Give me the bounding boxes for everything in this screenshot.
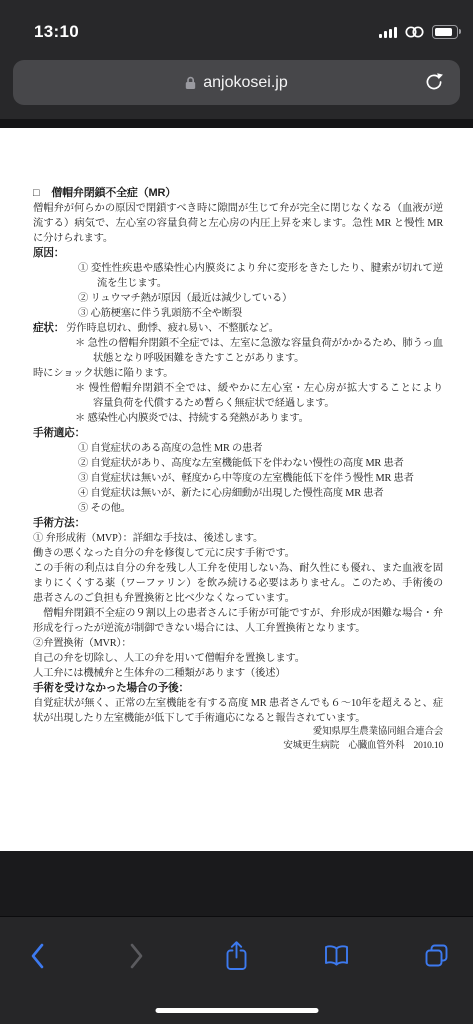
back-button[interactable] [15,934,59,978]
url-text: anjokosei.jp [203,74,288,92]
symptom-note: ＊ 急性の僧帽弁閉鎖不全症では、左室に急激な容量負荷がかかるため、肺うっ血状態と… [33,336,443,366]
toolbar-buttons [0,917,473,981]
bookmarks-book-icon [323,944,350,968]
iphone-screen: 13:10 anjokosei.jp [0,0,473,1024]
tabs-icon [424,943,449,968]
home-indicator[interactable] [155,1008,318,1014]
method-mvp-text: 僧帽弁閉鎖不全症の９割以上の患者さんに手術が可能ですが、弁形成が困難な場合・弁形… [33,606,443,636]
refresh-icon[interactable] [423,72,445,94]
status-time: 13:10 [34,22,79,42]
symptoms-lead: 労作時息切れ、動悸、疲れ易い、不整脈など。 [66,323,279,334]
symptoms-row: 症状：労作時息切れ、動悸、疲れ易い、不整脈など。 [33,321,443,336]
method-mvr-text: 人工弁には機械弁と生体弁の二種類があります（後述） [33,666,443,681]
symptom-note: ＊ 慢性僧帽弁閉鎖不全では、緩やかに左心室・左心房が拡大することにより 容量負荷… [33,381,443,411]
chrome-bottom-shadow [0,119,473,128]
section-label-indication: 手術適応： [33,426,443,441]
method-mvp-text: この手術の利点は自分の弁を残し人工弁を使用しない為、耐久性にも優れ、また血液を固… [33,561,443,606]
indication-item: ⑤ その他。 [33,501,443,516]
lock-icon [185,76,196,90]
section-label-symptoms: 症状： [33,322,64,334]
address-bar[interactable]: anjokosei.jp [13,60,460,105]
cause-item: ② リュウマチ熱が原因（最近は減少している） [33,291,443,306]
doc-footer: 愛知県厚生農業協同組合連合会 安城更生病院 心臓血管外科 2010.10 [33,726,443,753]
section-label-cause: 原因： [33,246,443,261]
section-label-methods: 手術方法： [33,516,443,531]
hotspot-link-icon [404,25,425,39]
back-chevron-icon [30,942,45,970]
symptom-note-sub: 時にショック状態に陥ります。 [33,366,443,381]
cellular-signal-icon [379,27,397,38]
cause-item: ① 変性性疾患や感染性心内膜炎により弁に変形をきたしたり、腱索が切れて逆流を生じ… [33,261,443,291]
web-page-content[interactable]: □ 僧帽弁閉鎖不全症（MR） 僧帽弁が何らかの原因で閉鎖すべき時に隙間が生じて弁… [0,128,473,851]
forward-chevron-icon [129,942,144,970]
tabs-button[interactable] [414,934,458,978]
footer-hospital: 安城更生病院 心臓血管外科 2010.10 [33,740,443,754]
bookmarks-button[interactable] [314,934,358,978]
checkbox-marker: □ [33,187,39,199]
battery-icon [432,25,458,39]
footer-org: 愛知県厚生農業協同組合連合会 [33,726,443,740]
indication-item: ③ 自覚症状は無いが、軽度から中等度の左室機能低下を伴う慢性 MR 患者 [33,471,443,486]
safari-bottom-toolbar [0,917,473,1024]
status-bar: 13:10 [0,0,473,52]
indication-item: ② 自覚症状があり、高度な左室機能低下を伴わない慢性の高度 MR 患者 [33,456,443,471]
method-mvp-heading: ① 弁形成術（MVP）：詳細な手技は、後述します。 [33,531,443,546]
section-label-prognosis: 手術を受けなかった場合の予後： [33,681,443,696]
share-icon [224,940,249,972]
symptom-note: ＊ 感染性心内膜炎では、持続する発熱があります。 [33,411,443,426]
cause-item: ③ 心筋梗塞に伴う乳頭筋不全や断裂 [33,306,443,321]
status-icons [379,25,458,39]
page-background-gap [0,851,473,917]
forward-button[interactable] [115,934,159,978]
safari-top-chrome: 13:10 anjokosei.jp [0,0,473,128]
method-mvr-text: 自己の弁を切除し、人工の弁を用いて僧帽弁を置換します。 [33,651,443,666]
method-mvp-text: 働きの悪くなった自分の弁を修復して元に戻す手術です。 [33,546,443,561]
doc-intro: 僧帽弁が何らかの原因で閉鎖すべき時に隙間が生じて弁が完全に閉じなくなる（血液が逆… [33,201,443,246]
doc-title-row: □ 僧帽弁閉鎖不全症（MR） [33,186,443,201]
share-button[interactable] [215,934,259,978]
method-mvr-heading: ②弁置換術（MVR）： [33,636,443,651]
indication-item: ④ 自覚症状は無いが、新たに心房細動が出現した慢性高度 MR 患者 [33,486,443,501]
doc-title: 僧帽弁閉鎖不全症（MR） [51,187,176,199]
prognosis-text: 自覚症状が無く、正常の左室機能を有する高度 MR 患者さんでも６～10年を超える… [33,696,443,726]
indication-item: ① 自覚症状のある高度の急性 MR の患者 [33,441,443,456]
